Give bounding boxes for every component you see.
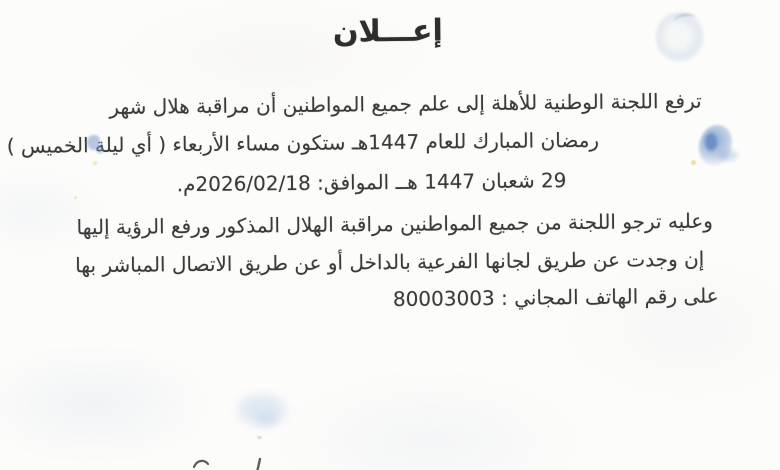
yellow-speck-icon bbox=[691, 160, 696, 165]
yellow-speck-icon bbox=[93, 161, 97, 165]
blue-ink-dot-small-icon bbox=[96, 146, 104, 154]
body-line-1: ترفع اللجنة الوطنية للأهلة إلى علم جميع … bbox=[109, 89, 702, 119]
blue-ink-smudge-core-icon bbox=[705, 133, 717, 151]
blue-ink-smudge-tail-icon bbox=[718, 150, 738, 161]
cutoff-glyph-fragments-icon bbox=[192, 457, 282, 470]
body-line-5: إن وجدت عن طريق لجانها الفرعية بالداخل أ… bbox=[75, 247, 704, 278]
scanned-document-page: إعـــلان ترفع اللجنة الوطنية للأهلة إلى … bbox=[0, 0, 780, 470]
body-line-4: وعليه ترجو اللجنة من جميع المواطنين مراق… bbox=[76, 209, 713, 240]
date-line: 29 شعبان 1447 هــ الموافق: 2026/02/18م. bbox=[177, 168, 567, 196]
phone-line: على رقم الهاتف المجاني : 80003003 bbox=[393, 284, 719, 311]
yellow-speck-icon bbox=[74, 196, 77, 199]
gray-speck-icon bbox=[257, 436, 262, 439]
announcement-body: إعـــلان ترفع اللجنة الوطنية للأهلة إلى … bbox=[0, 0, 780, 470]
faint-blue-smudge-small-icon bbox=[256, 412, 278, 426]
